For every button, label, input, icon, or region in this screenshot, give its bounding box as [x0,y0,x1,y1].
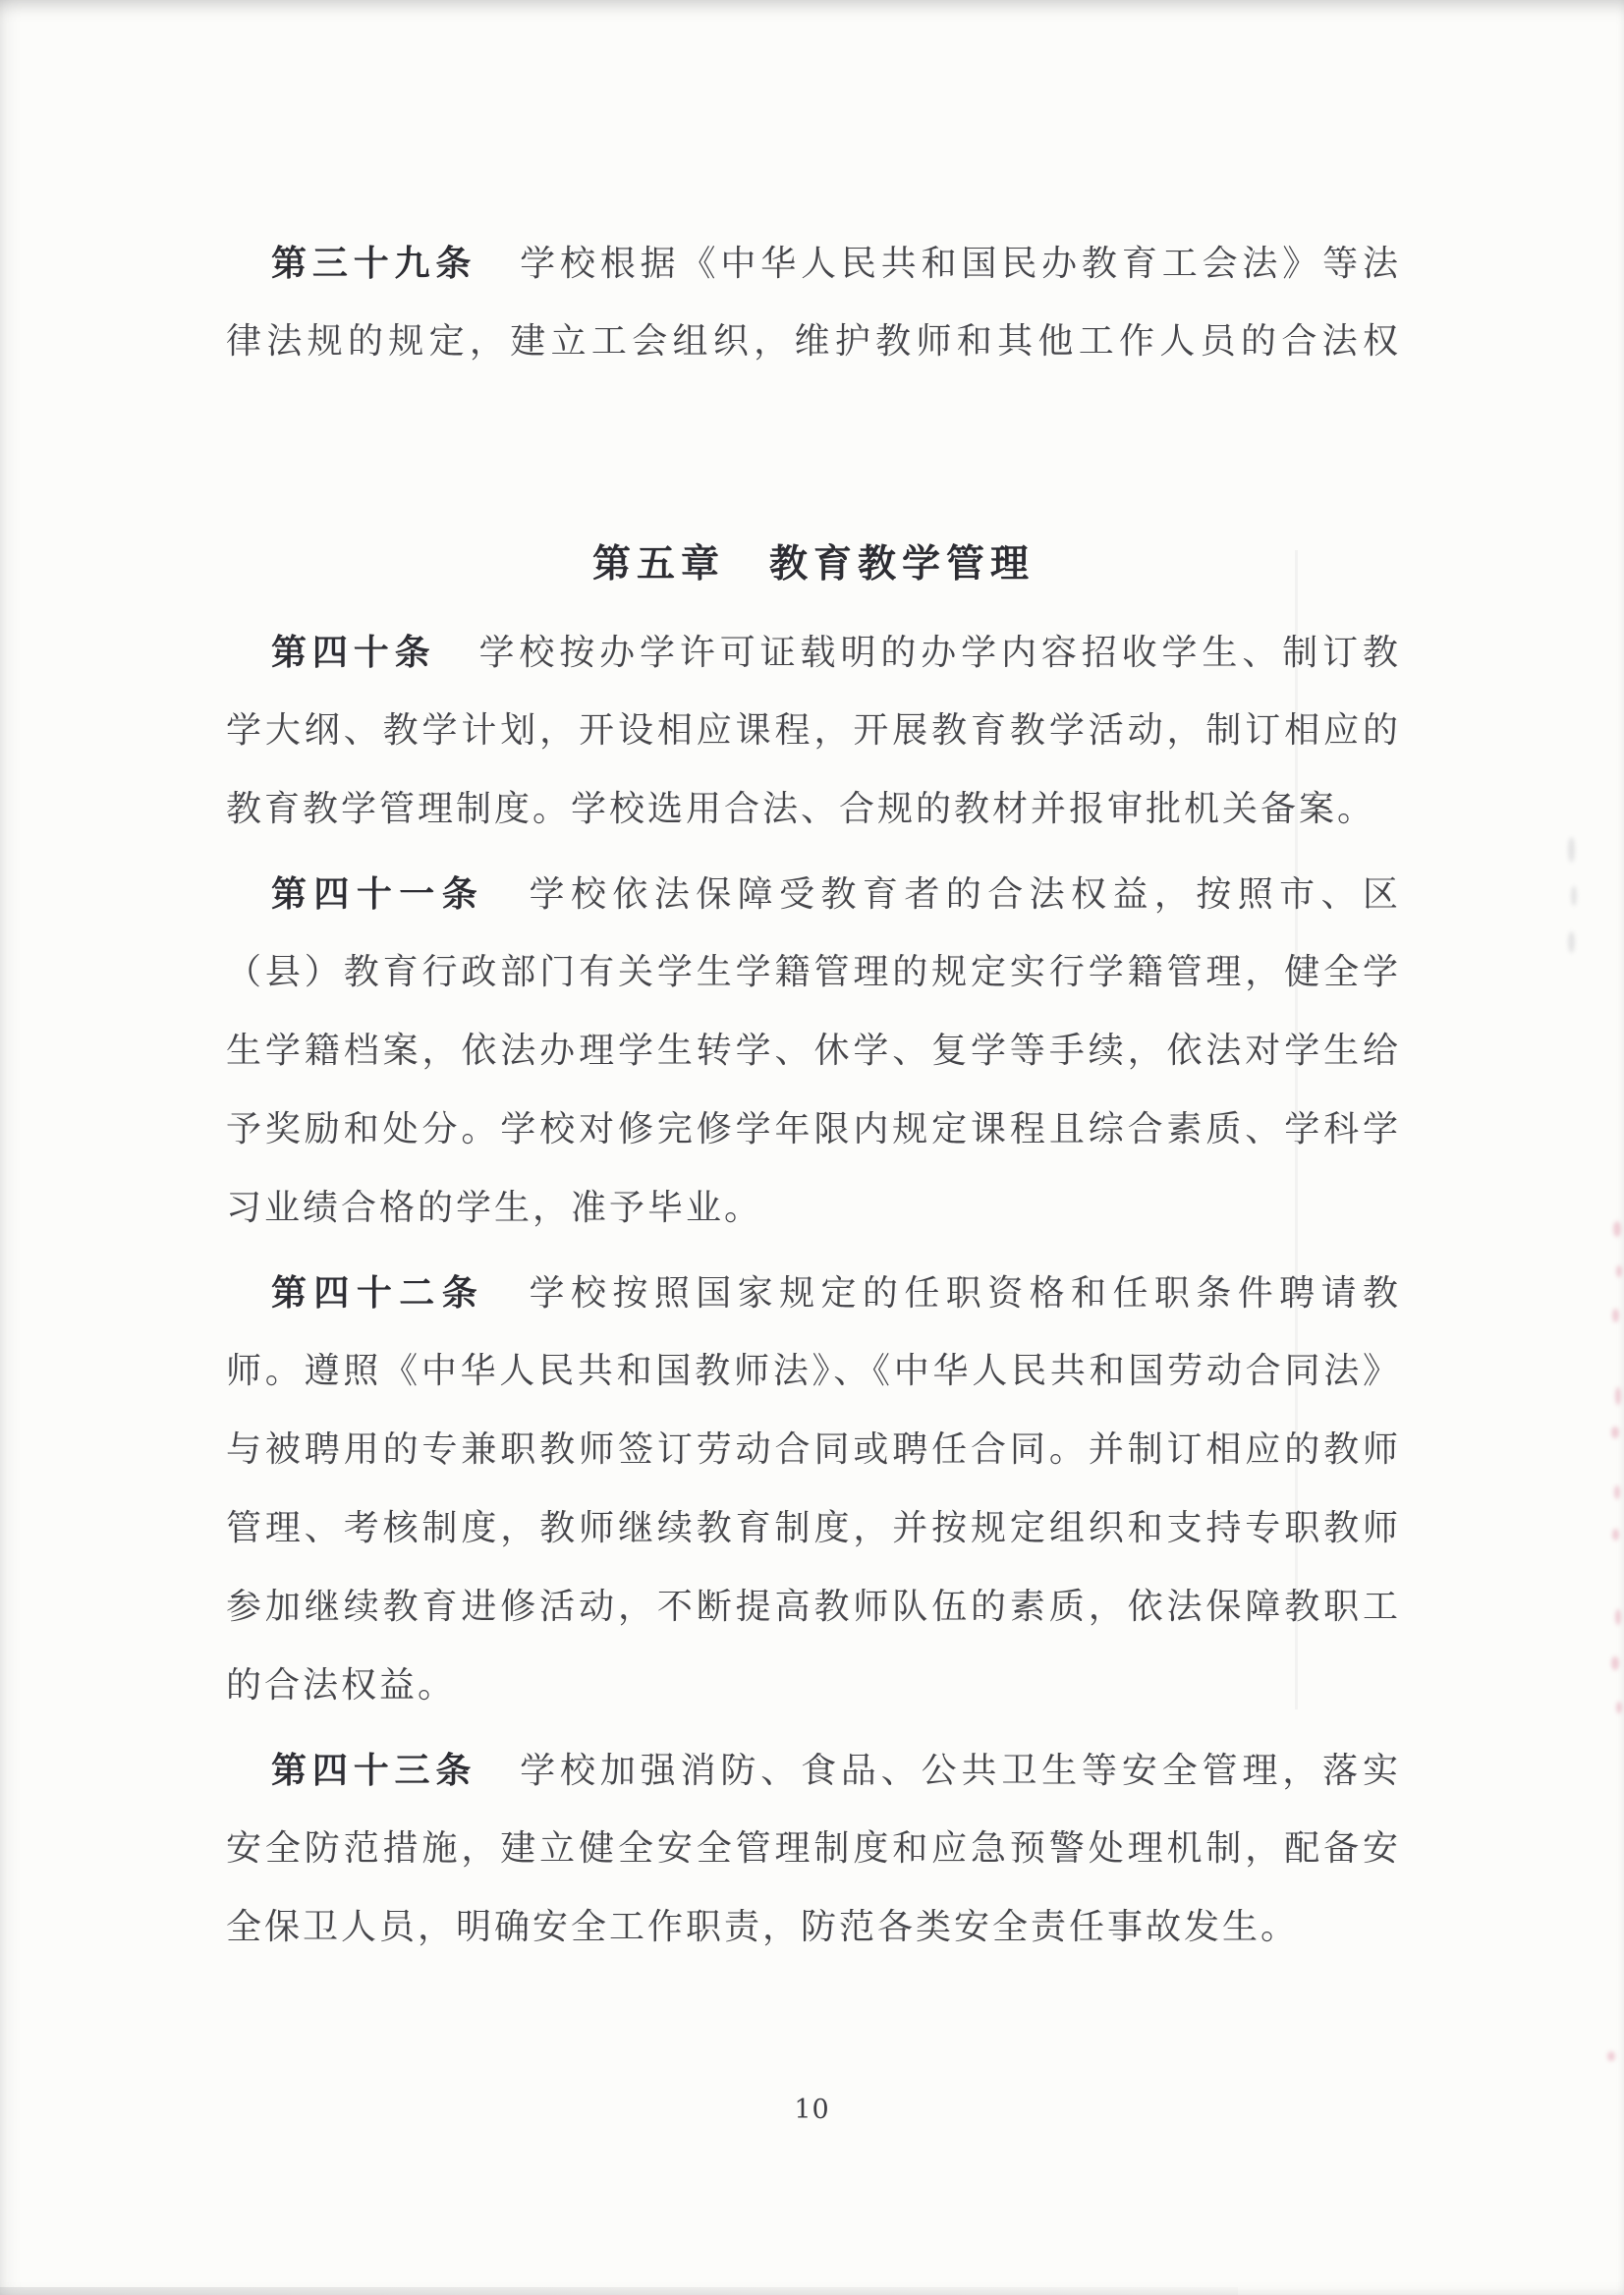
scan-bleed-artifact [1614,1485,1620,1499]
text-line: 全保卫人员，明确安全工作职责，防范各类安全责任事故发生。 [226,1888,1401,1967]
text-line: 教育教学管理制度。学校选用合法、合规的教材并报审批机关备案。 [226,770,1401,849]
article-number: 第三十九条 [271,243,476,284]
page-number: 10 [0,2095,1624,2125]
scan-bleed-artifact [1607,2051,1615,2061]
article-paragraph: 第四十一条学校依法保障受教育者的合法权益，按照市、区（县）教育行政部门有关学生学… [226,855,1401,1248]
scan-bleed-artifact [1568,837,1575,863]
text-line: 生学籍档案，依法办理学生转学、休学、复学等手续，依法对学生给 [226,1012,1401,1091]
chapter-heading: 第五章 教育教学管理 [226,525,1401,603]
scanned-document-page: 第三十九条学校根据《中华人民共和国民办教育工会法》等法律法规的规定，建立工会组织… [0,0,1624,2295]
article-paragraph: 第四十三条学校加强消防、食品、公共卫生等安全管理，落实安全防范措施，建立健全安全… [226,1731,1401,1967]
article-text: 学校根据《中华人民共和国民办教育工会法》等法 [518,244,1401,284]
scan-bleed-artifact [1615,1609,1621,1625]
document-content: 第三十九条学校根据《中华人民共和国民办教育工会法》等法律法规的规定，建立工会组织… [226,224,1401,1973]
text-line: 与被聘用的专兼职教师签订劳动合同或聘任合同。并制订相应的教师 [226,1411,1401,1489]
article-text: 学校按办学许可证载明的办学内容招收学生、制订教 [477,633,1401,673]
text-line: （县）教育行政部门有关学生学籍管理的规定实行学籍管理，健全学 [226,933,1401,1012]
article-text: 学校依法保障受教育者的合法权益，按照市、区 [526,874,1401,915]
scan-bleed-artifact [1571,886,1577,906]
text-line: 的合法权益。 [226,1647,1401,1725]
text-line: 予奖励和处分。学校对修完修学年限内规定课程且综合素质、学科学 [226,1091,1401,1169]
scan-bleed-artifact [1612,1309,1619,1322]
article-number: 第四十三条 [271,1750,476,1791]
article-text: 学校按照国家规定的任职资格和任职条件聘请教 [526,1273,1401,1314]
article-paragraph: 第四十条学校按办学许可证载明的办学内容招收学生、制订教学大纲、教学计划，开设相应… [226,613,1401,849]
text-line: 参加继续教育进修活动，不断提高教师队伍的素质，依法保障教职工 [226,1568,1401,1647]
scan-bleed-artifact [1611,1427,1619,1438]
text-line: 安全防范措施，建立健全安全管理制度和应急预警处理机制，配备安 [226,1810,1401,1888]
scan-bleed-artifact [1612,1529,1619,1540]
scan-bleed-artifact [1616,1702,1622,1713]
scan-streak-artifact [1295,550,1298,1709]
text-line: 学大纲、教学计划，开设相应课程，开展教育教学活动，制订相应的 [226,692,1401,770]
text-line: 第四十条学校按办学许可证载明的办学内容招收学生、制订教 [226,613,1401,692]
text-line: 习业绩合格的学生，准予毕业。 [226,1169,1401,1248]
scan-edge-artifact [0,2287,1238,2295]
text-line: 第四十二条学校按照国家规定的任职资格和任职条件聘请教 [226,1254,1401,1332]
text-line: 第四十一条学校依法保障受教育者的合法权益，按照市、区 [226,855,1401,933]
scan-bleed-artifact [1615,1387,1621,1405]
article-number: 第四十二条 [271,1272,484,1314]
article-text: 学校加强消防、食品、公共卫生等安全管理，落实 [518,1751,1401,1791]
article-number: 第四十一条 [271,873,484,915]
text-line: 第四十三条学校加强消防、食品、公共卫生等安全管理，落实 [226,1731,1401,1810]
scan-bleed-artifact [1616,1265,1622,1277]
article-paragraph: 第四十二条学校按照国家规定的任职资格和任职条件聘请教师。遵照《中华人民共和国教师… [226,1254,1401,1725]
scan-bleed-artifact [1613,1221,1621,1237]
scan-bleed-artifact [1568,931,1575,953]
article-number: 第四十条 [271,632,436,673]
text-line: 管理、考核制度，教师继续教育制度，并按规定组织和支持专职教师 [226,1489,1401,1568]
text-line: 律法规的规定，建立工会组织，维护教师和其他工作人员的合法权益。 [226,303,1401,381]
scan-bleed-artifact [1611,1656,1619,1670]
text-line: 第三十九条学校根据《中华人民共和国民办教育工会法》等法 [226,224,1401,303]
article-paragraph: 第三十九条学校根据《中华人民共和国民办教育工会法》等法律法规的规定，建立工会组织… [226,224,1401,381]
text-line: 师。遵照《中华人民共和国教师法》、《中华人民共和国劳动合同法》 [226,1332,1401,1411]
